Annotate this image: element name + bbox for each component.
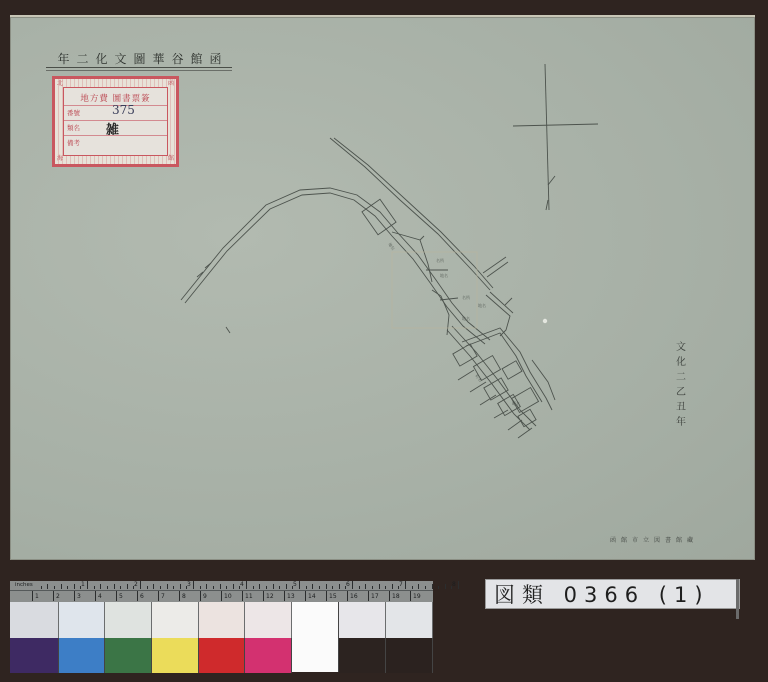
- ruler-minor-tick: [398, 586, 399, 589]
- ruler-minor-tick: [160, 586, 161, 589]
- svg-text:町名: 町名: [474, 373, 484, 383]
- ruler-cm-label: 19: [413, 593, 421, 600]
- annotation-char: 化: [676, 355, 686, 370]
- ruler-minor-tick: [412, 586, 413, 589]
- grey-swatch: [339, 602, 386, 638]
- ruler-cm-tick: [347, 591, 348, 601]
- ruler-cm-tick: [179, 591, 180, 601]
- ruler-minor-tick: [173, 586, 174, 589]
- svg-text:名所: 名所: [436, 257, 444, 263]
- color-swatch-purple: [10, 638, 59, 673]
- ruler-minor-tick: [226, 586, 227, 589]
- ruler-minor-tick: [153, 584, 154, 589]
- ruler-minor-tick: [54, 586, 55, 589]
- label-corner-mark: 海: [56, 155, 64, 163]
- color-swatch-black2: [386, 638, 433, 673]
- ruler-minor-tick: [432, 584, 433, 589]
- label-key: 番號: [67, 108, 80, 117]
- title-rule: [46, 67, 232, 71]
- label-edge: [736, 579, 739, 619]
- svg-text:名所: 名所: [462, 294, 470, 300]
- map-title-text: 年二化文圖華谷館函: [57, 50, 228, 67]
- ruler-inch-tick: [458, 581, 459, 589]
- ruler-cm-label: 9: [203, 593, 207, 600]
- map-title: 年二化文圖華谷館函: [55, 50, 231, 66]
- ruler-inch-label: 6: [346, 581, 350, 588]
- ruler-cm-label: 4: [98, 593, 102, 600]
- ruler-minor-tick: [306, 586, 307, 589]
- ruler-minor-tick: [114, 584, 115, 589]
- ruler-cm-label: 3: [77, 593, 81, 600]
- ruler-inch-label: 7: [399, 581, 403, 588]
- label-corner-mark: 函: [167, 80, 175, 88]
- ruler-minor-tick: [47, 584, 48, 589]
- ruler-cm-label: 7: [161, 593, 165, 600]
- svg-text:地名: 地名: [440, 272, 448, 278]
- ruler-minor-tick: [332, 586, 333, 589]
- grey-swatch: [386, 602, 433, 638]
- ruler-minor-tick: [365, 584, 366, 589]
- ruler-minor-tick: [133, 586, 134, 589]
- ruler-cm-label: 11: [245, 593, 253, 600]
- ruler-minor-tick: [292, 586, 293, 589]
- ruler-minor-tick: [319, 586, 320, 589]
- annotation-char: 丑: [676, 400, 686, 415]
- color-swatch-red: [199, 638, 245, 673]
- ruler-cm-label: 12: [266, 593, 274, 600]
- label-value: 375: [112, 103, 135, 117]
- pin-hole: [543, 319, 547, 323]
- ruler-cm-label: 14: [308, 593, 316, 600]
- ruler-minor-tick: [239, 586, 240, 589]
- grey-swatch: [152, 602, 199, 638]
- annotation-char: 文: [676, 340, 686, 355]
- ruler-inch-tick: [352, 581, 353, 589]
- ruler-cm-tick: [158, 591, 159, 601]
- ruler-minor-tick: [107, 586, 108, 589]
- ruler-minor-tick: [451, 586, 452, 589]
- ruler-minor-tick: [61, 584, 62, 589]
- ruler-minor-tick: [385, 586, 386, 589]
- grey-swatch: [59, 602, 105, 638]
- ruler-minor-tick: [345, 586, 346, 589]
- ruler-cm-tick: [32, 591, 33, 601]
- label-row-remarks: 備考: [64, 135, 167, 150]
- ruler-cm-label: 10: [224, 593, 232, 600]
- compass-cross-icon: [513, 64, 598, 210]
- ruler-minor-tick: [326, 584, 327, 589]
- ruler-cm-tick: [368, 591, 369, 601]
- ruler-cm-label: 6: [140, 593, 144, 600]
- ruler-minor-tick: [127, 584, 128, 589]
- ruler-inch-label: 4: [240, 581, 244, 588]
- ruler-cm-label: 8: [182, 593, 186, 600]
- ruler-cm-tick: [221, 591, 222, 601]
- label-row-category: 類名 雑: [64, 120, 167, 135]
- date-annotation: 文 化 二 乙 丑 年: [674, 340, 688, 430]
- ruler-minor-tick: [147, 586, 148, 589]
- grey-swatch: [105, 602, 152, 638]
- ruler-cm-label: 1: [35, 593, 39, 600]
- ruler-minor-tick: [100, 584, 101, 589]
- ruler-minor-tick: [312, 584, 313, 589]
- svg-text:地名: 地名: [478, 302, 486, 308]
- library-label: 北 函 海 館 地方費 圖書票簽 番號 375 類名 雑 備考: [52, 76, 179, 167]
- ruler-cm-label: 17: [371, 593, 379, 600]
- ruler-cm-tick: [74, 591, 75, 601]
- ruler-minor-tick: [259, 584, 260, 589]
- color-swatch-white: [292, 602, 339, 672]
- ruler-cm-tick: [326, 591, 327, 601]
- ruler-inch-tick: [405, 581, 406, 589]
- scale-ruler: inches 123456781234567891011121314151617…: [10, 581, 433, 602]
- ruler-cm-tick: [284, 591, 285, 601]
- ruler-cm-tick: [242, 591, 243, 601]
- ruler-minor-tick: [120, 586, 121, 589]
- ruler-minor-tick: [445, 584, 446, 589]
- ruler-minor-tick: [213, 586, 214, 589]
- ruler-minor-tick: [379, 584, 380, 589]
- ruler-minor-tick: [279, 586, 280, 589]
- ruler-minor-tick: [200, 586, 201, 589]
- ruler-cm-tick: [305, 591, 306, 601]
- ruler-minor-tick: [392, 584, 393, 589]
- ruler-minor-tick: [233, 584, 234, 589]
- label-body: 地方費 圖書票簽 番號 375 類名 雑 備考: [63, 87, 168, 156]
- ruler-inch-tick: [140, 581, 141, 589]
- ruler-minor-tick: [220, 584, 221, 589]
- color-swatch-green: [105, 638, 152, 673]
- ruler-minor-tick: [273, 584, 274, 589]
- ruler-minor-tick: [67, 586, 68, 589]
- label-key: 類名: [67, 123, 80, 132]
- grey-swatch: [245, 602, 292, 638]
- annotation-char: 二: [676, 370, 686, 385]
- ruler-minor-tick: [425, 586, 426, 589]
- ruler-cm-label: 2: [56, 593, 60, 600]
- ruler-inch-tick: [246, 581, 247, 589]
- ruler-cm-tick: [53, 591, 54, 601]
- ruler-cm-label: 5: [119, 593, 123, 600]
- ruler-minor-tick: [253, 586, 254, 589]
- ruler-minor-tick: [438, 586, 439, 589]
- label-row-number: 番號 375: [64, 105, 167, 120]
- ruler-minor-tick: [206, 584, 207, 589]
- annotation-char: 年: [676, 415, 686, 430]
- ruler-cm-tick: [200, 591, 201, 601]
- ruler-minor-tick: [372, 586, 373, 589]
- ruler-cm-tick: [95, 591, 96, 601]
- ruler-inch-tick: [87, 581, 88, 589]
- svg-text:町名: 町名: [512, 400, 520, 406]
- annotation-char: 乙: [676, 385, 686, 400]
- ruler-cm-label: 15: [329, 593, 337, 600]
- ruler-inch-tick: [299, 581, 300, 589]
- ruler-minor-tick: [359, 586, 360, 589]
- ruler-minor-tick: [167, 584, 168, 589]
- ruler-minor-tick: [339, 584, 340, 589]
- ruler-cm-label: 18: [392, 593, 400, 600]
- ruler-inch-label: 1: [81, 581, 85, 588]
- ruler-cm-tick: [263, 591, 264, 601]
- ruler-cm-tick: [389, 591, 390, 601]
- svg-text:地名: 地名: [462, 315, 470, 321]
- color-swatch-blue: [59, 638, 105, 673]
- label-corner-mark: 館: [167, 155, 175, 163]
- color-swatch-yellow: [152, 638, 199, 673]
- ruler-inch-label: 5: [293, 581, 297, 588]
- ruler-minor-tick: [186, 586, 187, 589]
- ruler-inch-label: 2: [134, 581, 138, 588]
- ruler-cm-tick: [410, 591, 411, 601]
- ruler-inch-tick: [193, 581, 194, 589]
- grey-swatch: [10, 602, 59, 638]
- catalog-id-text: 図類 0366 (1): [486, 579, 710, 609]
- ruler-minor-tick: [266, 586, 267, 589]
- ruler-minor-tick: [286, 584, 287, 589]
- color-swatch-black: [339, 638, 386, 673]
- ruler-cm-label: 13: [287, 593, 295, 600]
- ruler-minor-tick: [74, 584, 75, 589]
- grey-swatch: [199, 602, 245, 638]
- color-swatch-magenta: [245, 638, 292, 673]
- ruler-minor-tick: [180, 584, 181, 589]
- ruler-cm-tick: [137, 591, 138, 601]
- ruler-cm-label: 16: [350, 593, 358, 600]
- ruler-minor-tick: [41, 586, 42, 589]
- ruler-minor-tick: [418, 584, 419, 589]
- catalog-id-label: 図類 0366 (1): [485, 579, 740, 609]
- library-stamp: 函館市立図書館藏: [610, 535, 698, 544]
- ruler-minor-tick: [94, 586, 95, 589]
- label-key: 備考: [67, 138, 80, 147]
- ruler-inch-label: 8: [452, 581, 456, 588]
- color-calibration-chart: [10, 602, 433, 672]
- ruler-inch-label: 3: [187, 581, 191, 588]
- ruler-cm-tick: [116, 591, 117, 601]
- ruler-minor-tick: [80, 586, 81, 589]
- ruler-units-label: inches: [15, 582, 33, 588]
- svg-text:地名: 地名: [387, 241, 397, 251]
